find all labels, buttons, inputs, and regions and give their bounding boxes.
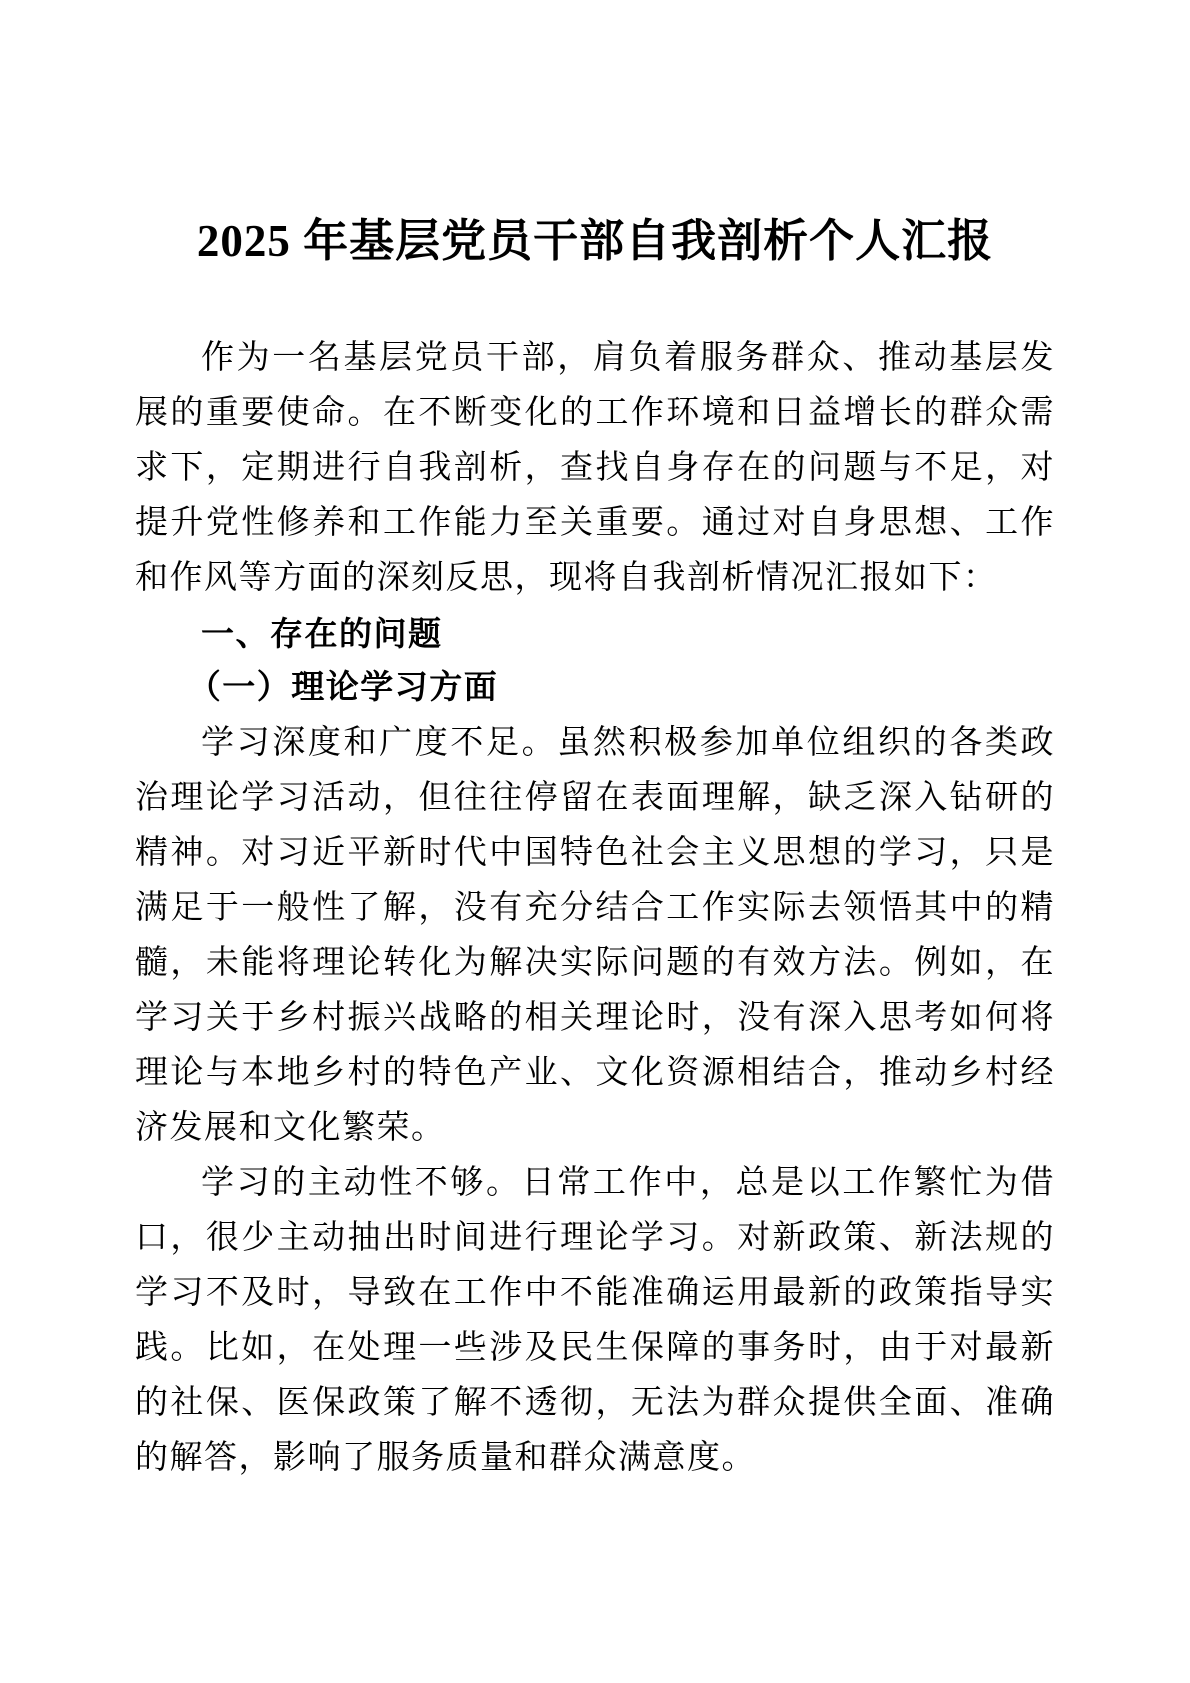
paragraph-learning-initiative: 学习的主动性不够。日常工作中，总是以工作繁忙为借口，很少主动抽出时间进行理论学习… bbox=[135, 1156, 1055, 1486]
document-page: 2025 年基层党员干部自我剖析个人汇报 作为一名基层党员干部，肩负着服务群众、… bbox=[0, 0, 1190, 1683]
section-1-1-heading: （一）理论学习方面 bbox=[135, 661, 1055, 716]
paragraph-theory-depth: 学习深度和广度不足。虽然积极参加单位组织的各类政治理论学习活动，但往往停留在表面… bbox=[135, 716, 1055, 1156]
section-1-heading: 一、存在的问题 bbox=[135, 606, 1055, 661]
intro-paragraph: 作为一名基层党员干部，肩负着服务群众、推动基层发展的重要使命。在不断变化的工作环… bbox=[135, 331, 1055, 606]
document-title: 2025 年基层党员干部自我剖析个人汇报 bbox=[135, 0, 1055, 271]
document-body: 作为一名基层党员干部，肩负着服务群众、推动基层发展的重要使命。在不断变化的工作环… bbox=[135, 331, 1055, 1486]
